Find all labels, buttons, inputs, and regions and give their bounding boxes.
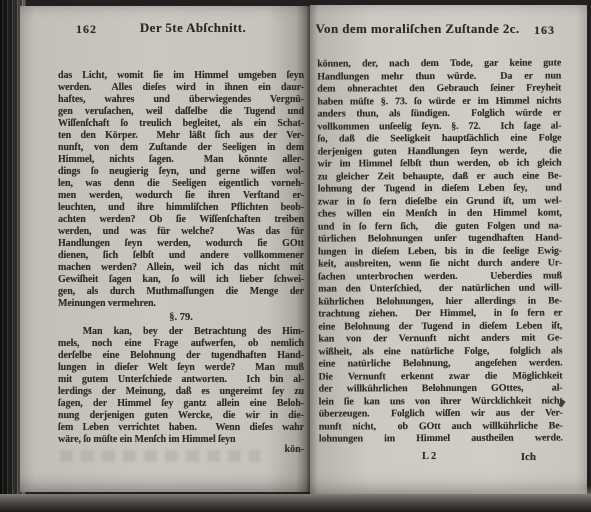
text-line: kan von der Vernunft nicht anders mit Ge…: [318, 332, 562, 346]
text-line: leuchten, und ihre himmliſchen Pflichten…: [58, 202, 304, 214]
text-line: Meinungen vermehren.: [58, 298, 304, 310]
text-line: wir im Himmel ſelbſt thun werden, ob ich…: [318, 157, 562, 171]
text-line: wißheit, als eine natürliche Folge, folg…: [318, 345, 562, 359]
text-line: machen werden? Allein, weil ich das nich…: [58, 262, 304, 274]
text-line: zwar in ſo fern dieſelbe ein Grund iſt, …: [318, 195, 562, 209]
catchword-right: Ich: [521, 451, 536, 463]
running-title-right: Von dem moraliſchen Zuſtande 2c.: [315, 21, 520, 37]
left-page: 162 Der 5te Abſchnitt. das Licht, womit …: [20, 6, 310, 492]
text-line: zu gleicher Zeit behaupte, daß er auch e…: [318, 170, 562, 184]
text-line: derjenigen guten Handlungen ſeyn werde, …: [318, 145, 562, 159]
text-line: ſem Leben verrichtet haben. Wenn dieſes …: [58, 422, 304, 434]
text-line: ſagen, der Himmel ſey gantz allein eine …: [58, 398, 304, 410]
text-line: können, der, nach dem Tode, gar keine gu…: [317, 57, 561, 71]
text-line: haftes, wahres und überwiegendes Vergnü-: [58, 94, 304, 106]
text-line: dings ſo neugierig ſeyn, und gerne wiſſe…: [58, 166, 304, 178]
text-line: derſelbe eine Belohnung der tugendhaften…: [58, 350, 304, 362]
text-line: der willkührlichen Belohnungen GOttes, a…: [319, 382, 563, 396]
left-page-paragraph-79: Man kan, bey der Betrachtung des Him-mel…: [58, 326, 304, 446]
text-line: achten werden? Ob ſie Wiſſenſchaften tre…: [58, 214, 304, 226]
text-line: man den Unterſchied, der natürlichen und…: [318, 282, 562, 296]
text-line: eine natürliche Belohnung, angeſehen wer…: [318, 357, 562, 371]
text-line: das Licht, womit ſie im Himmel umgeben ſ…: [58, 70, 304, 82]
text-line: mit gutem Unterſchiede antworten. Ich bi…: [58, 374, 304, 386]
running-title-left: Der 5te Abſchnitt.: [80, 20, 306, 36]
text-line: dem ohnerachtet den Gebrauch ſeiner Frey…: [317, 82, 561, 96]
text-line: haben müſte §. 73. ſo würde er im Himmel…: [317, 95, 561, 109]
text-line: Gewiſheit ſagen kan, ſo will ich lieber …: [58, 274, 304, 286]
text-line: kührlichen Belohnungen, hier allerdings …: [318, 295, 562, 309]
text-line: türlichen Belohnungen unſer tugendhaften…: [318, 232, 562, 246]
text-line: gen veruſachen, weil daſſelbe die Tugend…: [58, 106, 304, 118]
text-line: ten den Körper. Mehr läßt ſich aus der V…: [58, 130, 304, 142]
text-line: lungen in dieſem Leben, bis in die ſeeli…: [318, 245, 562, 259]
text-line: Man kan, bey der Betrachtung des Him-: [58, 326, 304, 338]
text-line: mels, noch eine Frage aufwerfen, ob neml…: [58, 338, 304, 350]
text-line: nung derjenigen guten Wercke, die wir in…: [58, 410, 304, 422]
text-line: Die Vernunft erkennt zwar die Möglichkei…: [319, 370, 563, 384]
signature-mark: L 2: [422, 451, 436, 462]
text-line: werden, und was für welche? Was das für: [58, 226, 304, 238]
text-line: Handlungen mehr thun würde. Da er nun: [317, 70, 561, 84]
text-line: werden. Alles dieſes wird in ihnen ein d…: [58, 82, 304, 94]
text-line: nunft nicht, ob GOtt auch willkührliche …: [319, 420, 563, 434]
text-line: ches willen ein Menſch in den Himmel kom…: [318, 207, 562, 221]
text-line: nunft, von dem Zuſtande der Seeligen in …: [58, 142, 304, 154]
text-line: ſo, daß die Seeligkeit hauptſächlich ein…: [317, 132, 561, 146]
signature-line: L 2 Ich: [318, 451, 562, 465]
right-page-paragraph: können, der, nach dem Tode, gar keine gu…: [317, 57, 563, 446]
text-line: und in ſo fern ſich, die guten Folgen un…: [318, 220, 562, 234]
text-line: Himmel, nichts ſagen. Man könnte aller-: [58, 154, 304, 166]
text-line: len, was denn die Seeligen eigentlich vo…: [58, 178, 304, 190]
text-line: gen, als durch Muthmaſſungen die Menge d…: [58, 286, 304, 298]
text-line: men werden, wodurch ſie ihren Verſtand e…: [58, 190, 304, 202]
text-line: lohnungen im Himmel austheilen werde.: [319, 432, 563, 446]
left-page-paragraph-continuation: das Licht, womit ſie im Himmel umgeben ſ…: [58, 70, 304, 310]
open-book-photo: 162 Der 5te Abſchnitt. das Licht, womit …: [0, 0, 591, 512]
section-heading-79: §. 79.: [58, 312, 304, 323]
text-line: dienen, ſich ſelbſt und andere vollkomme…: [58, 250, 304, 262]
text-line: lein ſie kan uns von ihrer Würcklichkeit…: [319, 395, 563, 409]
text-line: lerdings der Meinung, daß es ungereimt ſ…: [58, 386, 304, 398]
text-line: vollkommen unſeelig ſeyn. §. 72. Ich ſag…: [317, 120, 561, 134]
page-number-right: 163: [534, 23, 555, 38]
text-line: eine Belohnung der Tugend in dieſem Lebe…: [318, 320, 562, 334]
text-line: trachtung ziehen. Der Himmel, in ſo fern…: [318, 307, 562, 321]
text-line: überzeugen. Folglich wiſſen wir aus der …: [319, 407, 563, 421]
ink-bleed-through: [60, 450, 260, 462]
table-surface: [0, 494, 591, 512]
text-line: lungen in dieſer Welt ſeyn werde? Man mu…: [58, 362, 304, 374]
text-line: ſachen unterbrochen werden. Ueberdies mu…: [318, 270, 562, 284]
text-line: lohnung der Tugend in dieſem Leben ſey, …: [318, 182, 562, 196]
text-line: keit, ausbreiten, wenn ſie nicht durch a…: [318, 257, 562, 271]
text-line: Handlungen ſeyn werden, wodurch ſie GOtt: [58, 238, 304, 250]
text-line: anders thun, als ſündigen. Folglich würd…: [317, 107, 561, 121]
text-line: Wiſſenſchaft ſo treulich begleitet, als …: [58, 118, 304, 130]
right-page: Von dem moraliſchen Zuſtande 2c. 163 kön…: [310, 5, 587, 494]
